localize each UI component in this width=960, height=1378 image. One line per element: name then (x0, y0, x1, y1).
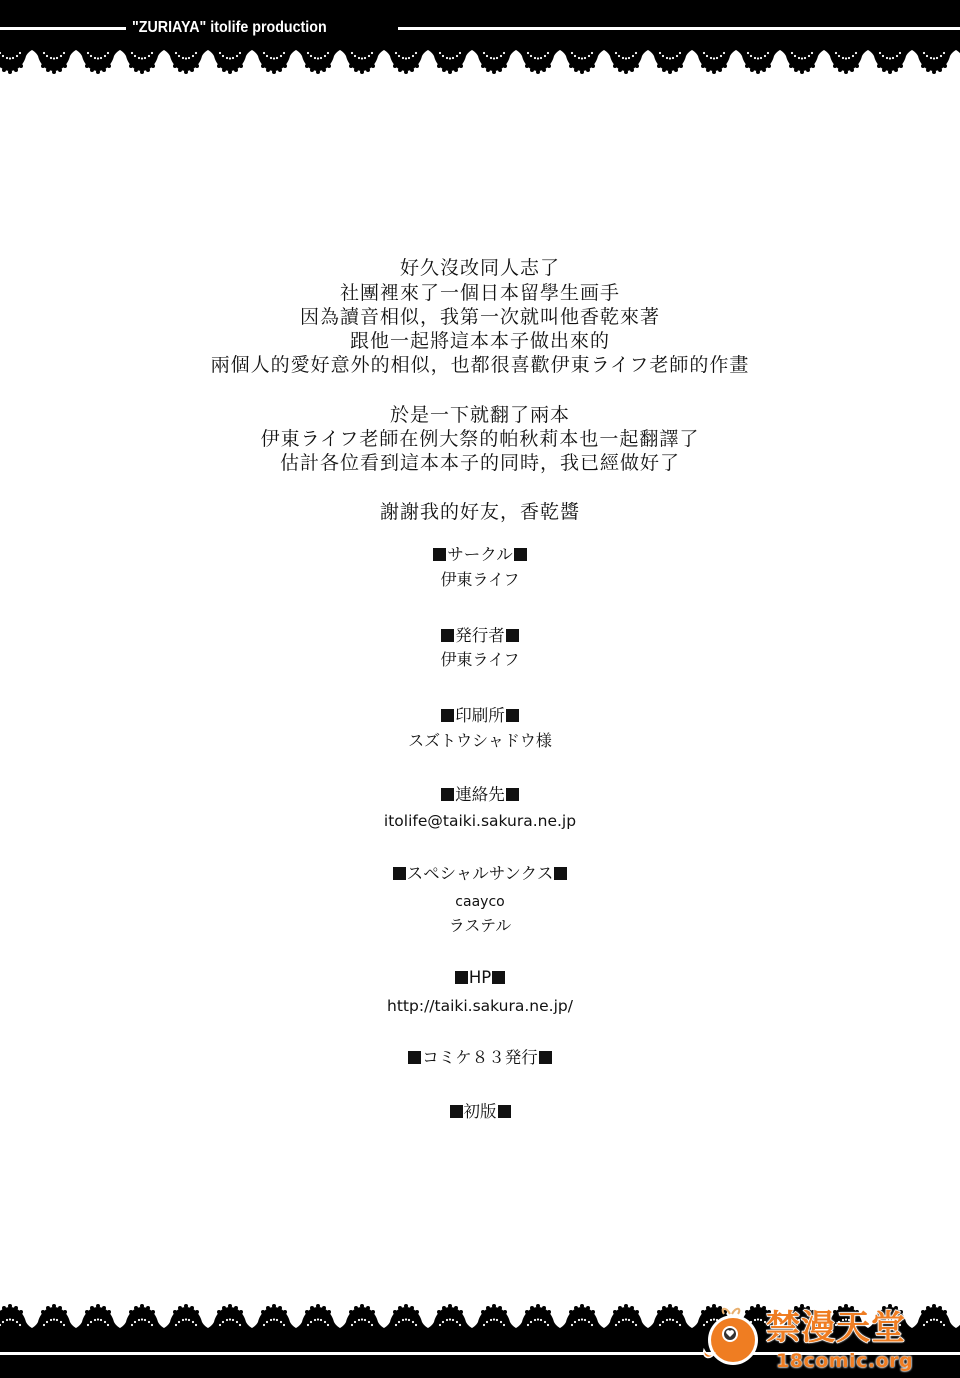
square-bullet-icon (393, 867, 406, 880)
square-bullet-icon (539, 1051, 552, 1064)
colophon-heading-event: コミケ８３発行 (0, 1046, 960, 1070)
message-line: 兩個人的愛好意外的相似，也都很喜歡伊東ライフ老師的作畫 (0, 353, 960, 377)
square-bullet-icon (408, 1051, 421, 1064)
message-line: 伊東ライフ老師在例大祭的帕秋莉本也一起翻譯了 (0, 427, 960, 451)
header-rule-right (398, 27, 960, 30)
colophon-value-special-thanks: ラステル (0, 914, 960, 938)
square-bullet-icon (441, 629, 454, 642)
colophon-value-contact-email[interactable]: itolife@taiki.sakura.ne.jp (0, 809, 960, 833)
header-band: "ZURIAYA" itolife production (0, 0, 960, 48)
watermark-domain: 18comic.org (776, 1350, 913, 1372)
square-bullet-icon (554, 867, 567, 880)
message-line: 社團裡來了一個日本留學生画手 (0, 281, 960, 305)
header-rule-left (0, 27, 126, 30)
thanks-line: 謝謝我的好友，香乾醬 (0, 500, 960, 524)
lace-border-top (0, 44, 960, 74)
header-title: "ZURIAYA" itolife production (132, 18, 373, 38)
colophon-heading-circle: サークル (0, 543, 960, 567)
square-bullet-icon (506, 788, 519, 801)
square-bullet-icon (492, 971, 505, 984)
colophon-value-printer: スズトウシャドウ様 (0, 729, 960, 753)
message-line: 因為讀音相似，我第一次就叫他香乾來著 (0, 305, 960, 329)
watermark-logo[interactable]: 禁漫天堂 18comic.org (700, 1296, 930, 1378)
square-bullet-icon (441, 709, 454, 722)
square-bullet-icon (506, 629, 519, 642)
colophon-value-publisher: 伊東ライフ (0, 648, 960, 672)
square-bullet-icon (433, 548, 446, 561)
colophon-heading-homepage: HP (0, 966, 960, 990)
colophon-value-special-thanks: caayco (0, 890, 960, 914)
colophon-heading-printer: 印刷所 (0, 704, 960, 728)
message-line: 好久沒改同人志了 (0, 256, 960, 280)
square-bullet-icon (506, 709, 519, 722)
watermark-name: 禁漫天堂 (766, 1308, 906, 1348)
colophon-value-homepage-url[interactable]: http://taiki.sakura.ne.jp/ (0, 994, 960, 1018)
square-bullet-icon (450, 1105, 463, 1118)
square-bullet-icon (441, 788, 454, 801)
colophon-heading-special-thanks: スペシャルサンクス (0, 862, 960, 886)
square-bullet-icon (498, 1105, 511, 1118)
message-line: 跟他一起將這本本子做出來的 (0, 329, 960, 353)
mascot-icon (700, 1306, 762, 1368)
message-line: 估計各位看到這本本子的同時，我已經做好了 (0, 451, 960, 475)
square-bullet-icon (514, 548, 527, 561)
colophon-heading-contact: 連絡先 (0, 783, 960, 807)
colophon-value-circle: 伊東ライフ (0, 568, 960, 592)
colophon-heading-edition: 初版 (0, 1100, 960, 1124)
square-bullet-icon (455, 971, 468, 984)
colophon-heading-publisher: 発行者 (0, 624, 960, 648)
message-line: 於是一下就翻了兩本 (0, 403, 960, 427)
